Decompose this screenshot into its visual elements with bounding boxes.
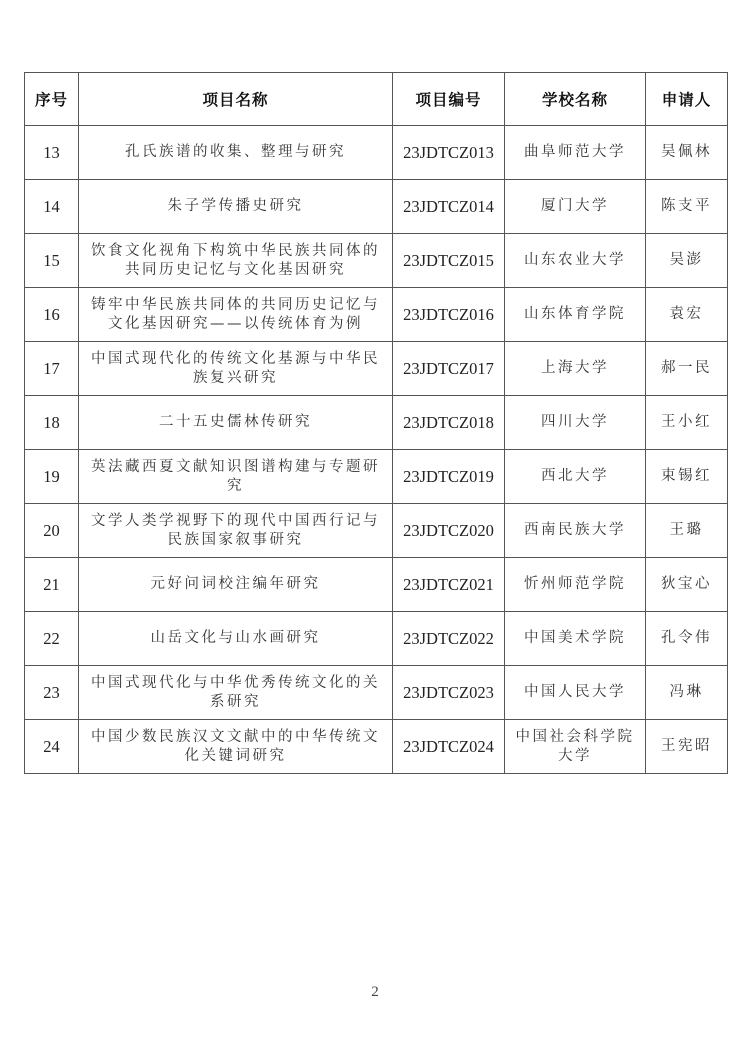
cell-school-name: 中国社会科学院大学: [505, 720, 646, 774]
cell-applicant: 吴佩林: [646, 126, 728, 180]
cell-seq: 15: [25, 234, 79, 288]
cell-applicant: 陈支平: [646, 180, 728, 234]
cell-school-name: 四川大学: [505, 396, 646, 450]
cell-school-name: 西北大学: [505, 450, 646, 504]
cell-project-code: 23JDTCZ021: [393, 558, 505, 612]
table-row: 19 英法藏西夏文献知识图谱构建与专题研究 23JDTCZ019 西北大学 束锡…: [25, 450, 728, 504]
table-row: 21 元好问词校注编年研究 23JDTCZ021 忻州师范学院 狄宝心: [25, 558, 728, 612]
table-row: 20 文学人类学视野下的现代中国西行记与民族国家叙事研究 23JDTCZ020 …: [25, 504, 728, 558]
table-header-row: 序号 项目名称 项目编号 学校名称 申请人: [25, 73, 728, 126]
cell-school-name: 山东体育学院: [505, 288, 646, 342]
cell-project-name: 文学人类学视野下的现代中国西行记与民族国家叙事研究: [79, 504, 393, 558]
cell-project-name: 中国式现代化与中华优秀传统文化的关系研究: [79, 666, 393, 720]
table-row: 14 朱子学传播史研究 23JDTCZ014 厦门大学 陈支平: [25, 180, 728, 234]
cell-project-name: 孔氏族谱的收集、整理与研究: [79, 126, 393, 180]
table-row: 18 二十五史儒林传研究 23JDTCZ018 四川大学 王小红: [25, 396, 728, 450]
cell-seq: 18: [25, 396, 79, 450]
cell-project-name: 饮食文化视角下构筑中华民族共同体的共同历史记忆与文化基因研究: [79, 234, 393, 288]
cell-school-name: 中国人民大学: [505, 666, 646, 720]
cell-seq: 23: [25, 666, 79, 720]
cell-project-code: 23JDTCZ018: [393, 396, 505, 450]
cell-school-name: 曲阜师范大学: [505, 126, 646, 180]
cell-project-code: 23JDTCZ024: [393, 720, 505, 774]
cell-applicant: 孔令伟: [646, 612, 728, 666]
cell-school-name: 忻州师范学院: [505, 558, 646, 612]
cell-project-name: 中国式现代化的传统文化基源与中华民族复兴研究: [79, 342, 393, 396]
cell-project-code: 23JDTCZ020: [393, 504, 505, 558]
cell-applicant: 狄宝心: [646, 558, 728, 612]
cell-project-name: 朱子学传播史研究: [79, 180, 393, 234]
table-row: 15 饮食文化视角下构筑中华民族共同体的共同历史记忆与文化基因研究 23JDTC…: [25, 234, 728, 288]
cell-school-name: 山东农业大学: [505, 234, 646, 288]
table-row: 24 中国少数民族汉文文献中的中华传统文化关键词研究 23JDTCZ024 中国…: [25, 720, 728, 774]
cell-seq: 16: [25, 288, 79, 342]
cell-applicant: 束锡红: [646, 450, 728, 504]
cell-project-code: 23JDTCZ013: [393, 126, 505, 180]
table-row: 16 铸牢中华民族共同体的共同历史记忆与文化基因研究——以传统体育为例 23JD…: [25, 288, 728, 342]
cell-project-name: 元好问词校注编年研究: [79, 558, 393, 612]
cell-applicant: 冯琳: [646, 666, 728, 720]
cell-seq: 24: [25, 720, 79, 774]
cell-project-code: 23JDTCZ019: [393, 450, 505, 504]
cell-school-name: 上海大学: [505, 342, 646, 396]
table-row: 23 中国式现代化与中华优秀传统文化的关系研究 23JDTCZ023 中国人民大…: [25, 666, 728, 720]
cell-applicant: 吴澎: [646, 234, 728, 288]
cell-school-name: 厦门大学: [505, 180, 646, 234]
cell-project-code: 23JDTCZ022: [393, 612, 505, 666]
table-row: 13 孔氏族谱的收集、整理与研究 23JDTCZ013 曲阜师范大学 吴佩林: [25, 126, 728, 180]
cell-applicant: 袁宏: [646, 288, 728, 342]
header-seq: 序号: [25, 73, 79, 126]
cell-seq: 21: [25, 558, 79, 612]
cell-applicant: 王小红: [646, 396, 728, 450]
cell-project-code: 23JDTCZ014: [393, 180, 505, 234]
header-school-name: 学校名称: [505, 73, 646, 126]
header-applicant: 申请人: [646, 73, 728, 126]
cell-project-name: 英法藏西夏文献知识图谱构建与专题研究: [79, 450, 393, 504]
header-project-code: 项目编号: [393, 73, 505, 126]
cell-school-name: 中国美术学院: [505, 612, 646, 666]
table-row: 17 中国式现代化的传统文化基源与中华民族复兴研究 23JDTCZ017 上海大…: [25, 342, 728, 396]
cell-seq: 13: [25, 126, 79, 180]
cell-project-code: 23JDTCZ016: [393, 288, 505, 342]
header-project-name: 项目名称: [79, 73, 393, 126]
cell-project-code: 23JDTCZ015: [393, 234, 505, 288]
cell-applicant: 王宪昭: [646, 720, 728, 774]
cell-project-name: 铸牢中华民族共同体的共同历史记忆与文化基因研究——以传统体育为例: [79, 288, 393, 342]
cell-school-name: 西南民族大学: [505, 504, 646, 558]
cell-seq: 22: [25, 612, 79, 666]
cell-project-name: 二十五史儒林传研究: [79, 396, 393, 450]
cell-project-code: 23JDTCZ017: [393, 342, 505, 396]
cell-project-name: 山岳文化与山水画研究: [79, 612, 393, 666]
cell-project-code: 23JDTCZ023: [393, 666, 505, 720]
page-number: 2: [0, 984, 750, 1001]
cell-project-name: 中国少数民族汉文文献中的中华传统文化关键词研究: [79, 720, 393, 774]
cell-applicant: 郝一民: [646, 342, 728, 396]
cell-seq: 19: [25, 450, 79, 504]
cell-seq: 17: [25, 342, 79, 396]
cell-seq: 20: [25, 504, 79, 558]
project-list-table: 序号 项目名称 项目编号 学校名称 申请人 13 孔氏族谱的收集、整理与研究 2…: [24, 72, 728, 774]
cell-seq: 14: [25, 180, 79, 234]
table-row: 22 山岳文化与山水画研究 23JDTCZ022 中国美术学院 孔令伟: [25, 612, 728, 666]
cell-applicant: 王璐: [646, 504, 728, 558]
